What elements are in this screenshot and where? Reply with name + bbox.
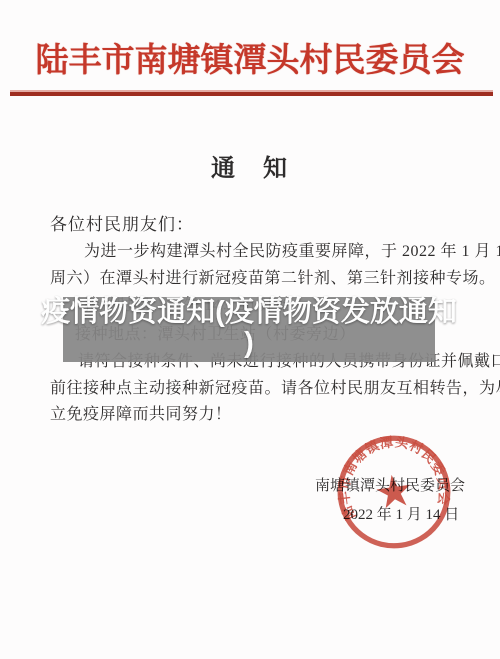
body-line: 前往接种点主动接种新冠疫苗。请各位村民朋友互相转告，为尽早建 <box>50 375 500 398</box>
seal-star-icon: ★ <box>371 464 417 520</box>
body-line: 立免疫屏障而共同努力！ <box>50 401 232 424</box>
body-line: 为进一步构建潭头村全民防疫重要屏障，于 2022 年 1 月 15 日（本 <box>84 238 500 261</box>
salutation: 各位村民朋友们： <box>50 210 194 235</box>
official-seal: 陆丰市南塘镇潭头村民委员会 ★ <box>328 426 459 557</box>
scanned-notice-page: 陆丰市南塘镇潭头村民委员会 通 知 各位村民朋友们： 为进一步构建潭头村全民防疫… <box>0 0 500 659</box>
caption-text-line2: ) <box>244 328 254 359</box>
letterhead-divider <box>10 92 493 96</box>
letterhead-organization: 陆丰市南塘镇潭头村民委员会 <box>0 34 500 81</box>
caption-text-line1: 疫情物资通知(疫情物资发放通知 <box>41 297 457 328</box>
caption-watermark-overlay: 疫情物资通知(疫情物资发放通知 ) <box>63 297 435 362</box>
notice-title: 通 知 <box>0 148 500 183</box>
body-line: 周六）在潭头村进行新冠疫苗第二针剂、第三针剂接种专场。 <box>50 265 496 288</box>
